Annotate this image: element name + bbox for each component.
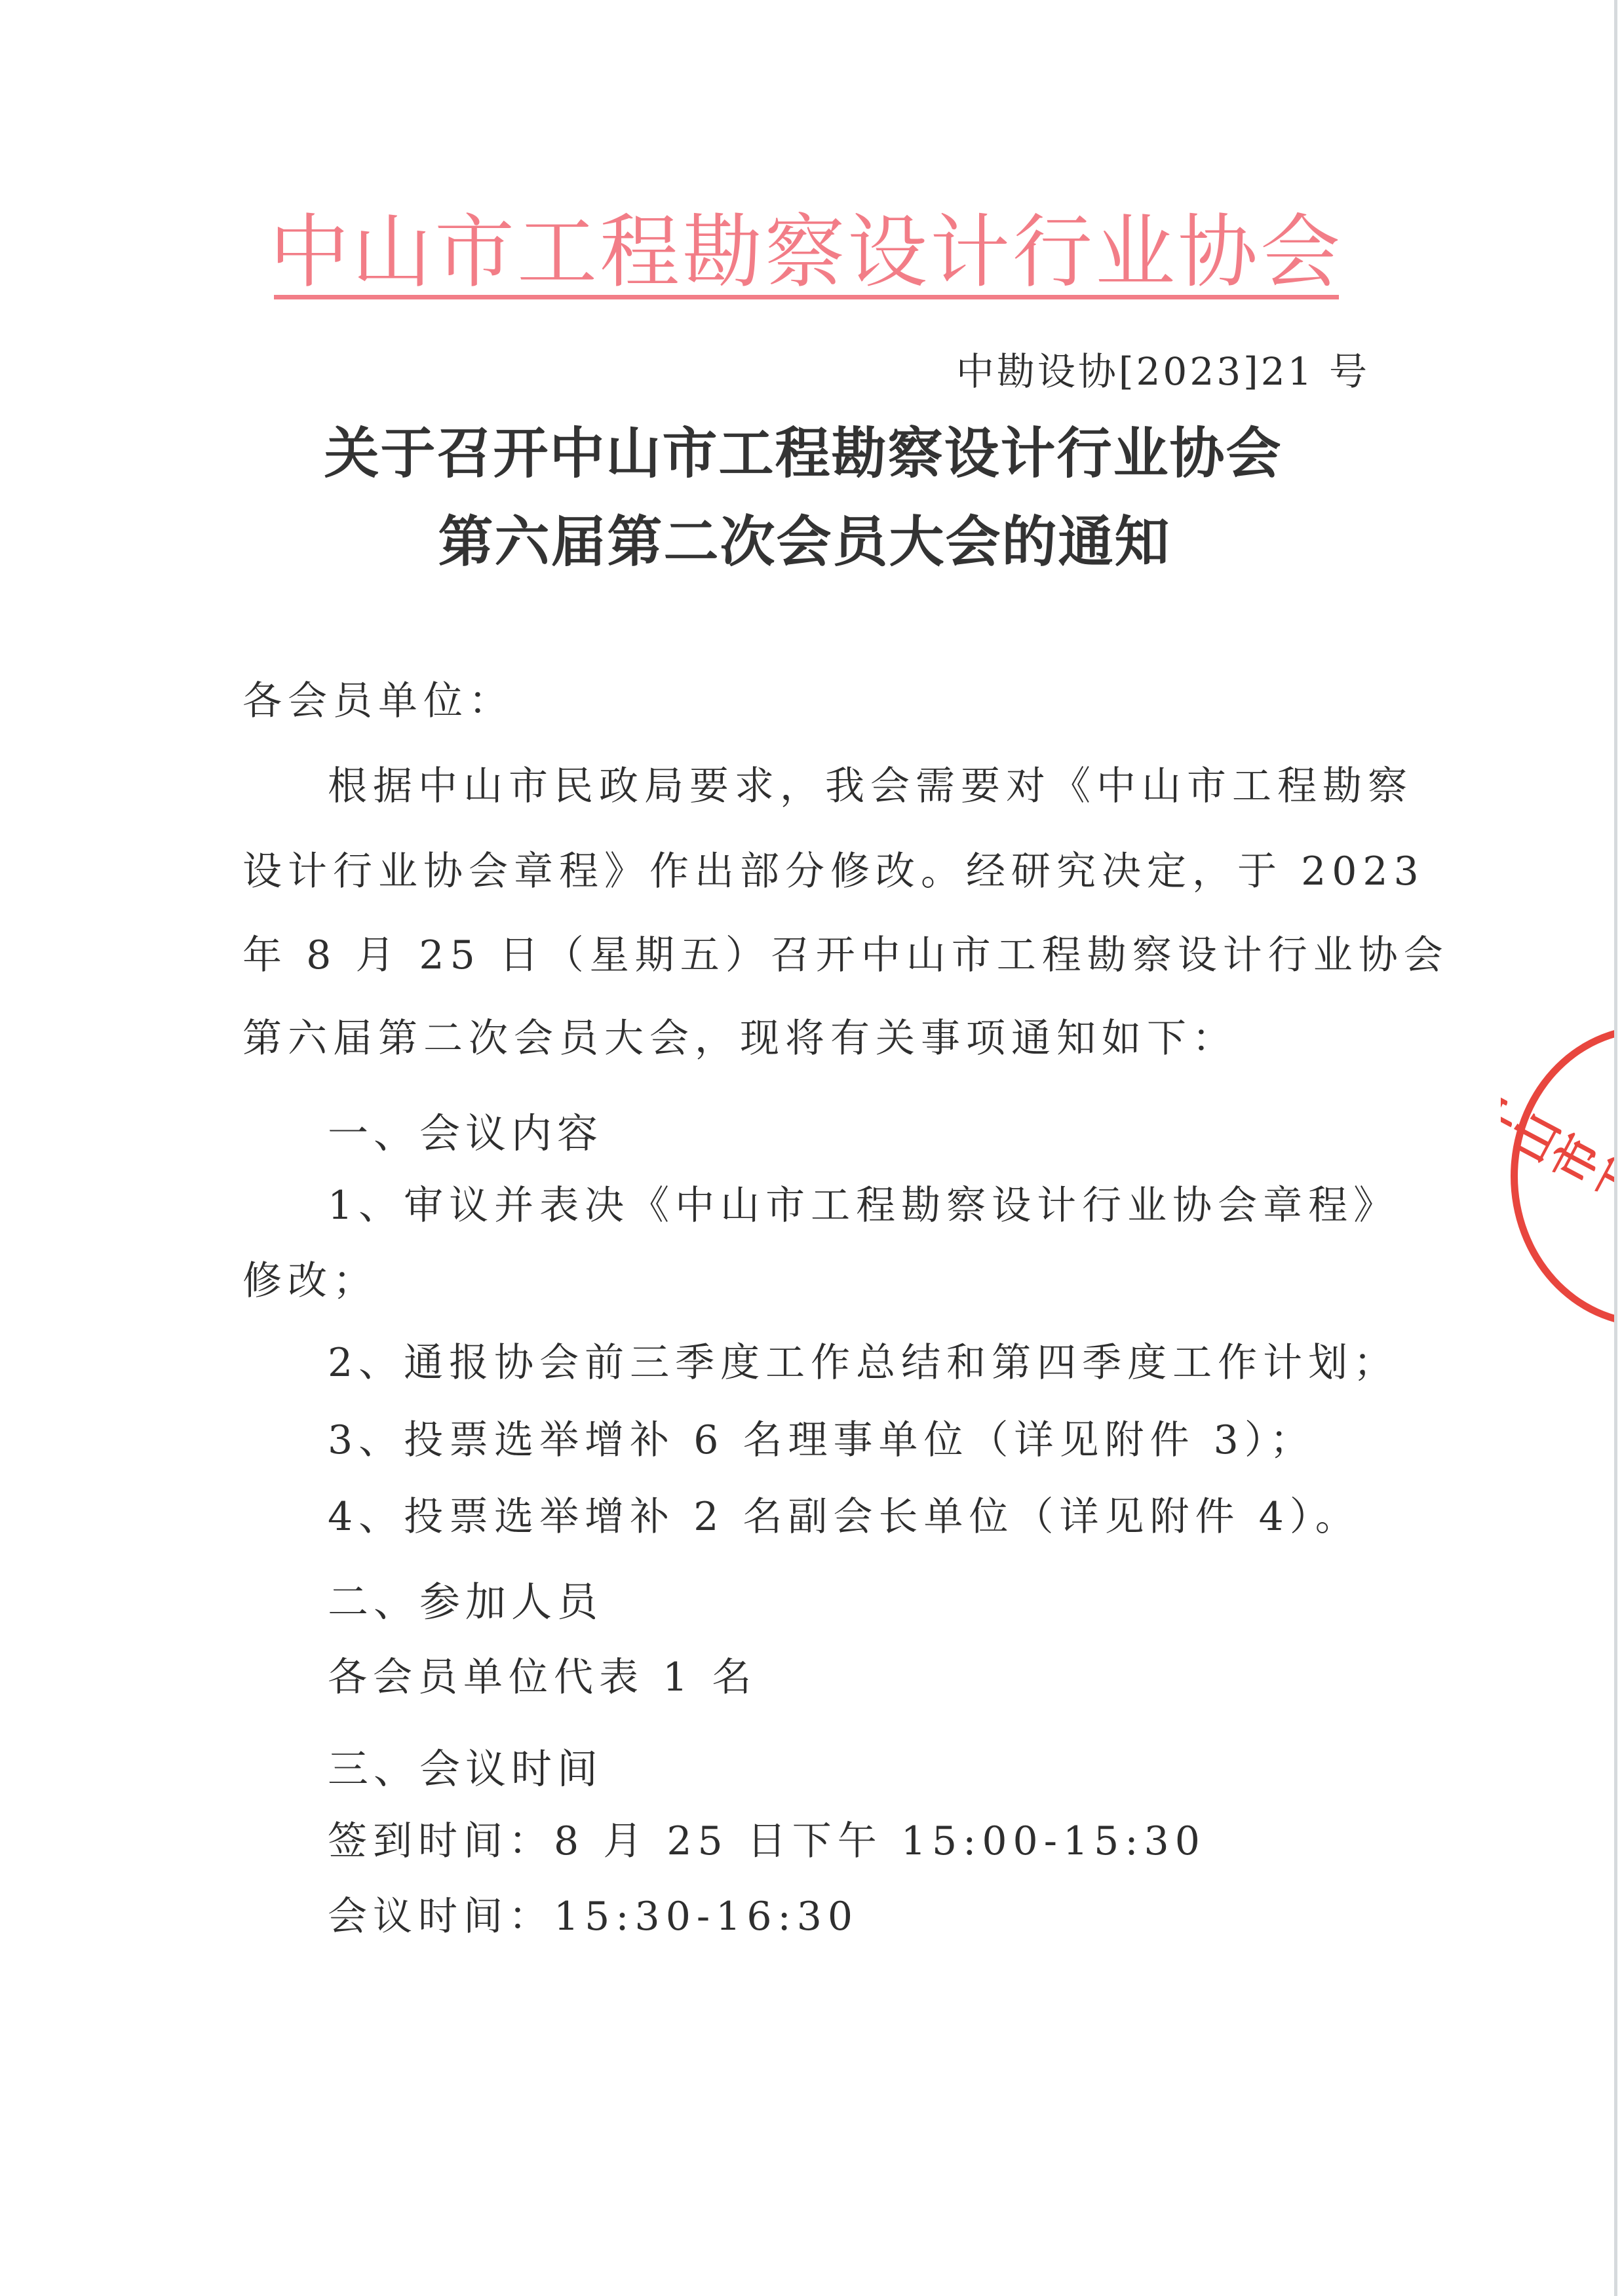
content-item-1: 1、审议并表决《中山市工程勘察设计行业协会章程》 [328,1179,1399,1232]
document-title-line-2: 第六届第二次会员大会的通知 [0,498,1615,577]
intro-line-3: 年 8 月 25 日（星期五）召开中山市工程勘察设计行业协会 [242,929,1449,982]
intro-line-1: 根据中山市民政局要求，我会需要对《中山市工程勘察 [328,760,1413,813]
organization-masthead: 中山市工程勘察设计行业协会 [262,203,1350,301]
intro-line-2: 设计行业协会章程》作出部分修改。经研究决定，于 2023 [242,845,1425,898]
document-title-line-1: 关于召开中山市工程勘察设计行业协会 [0,410,1614,489]
masthead-divider [274,295,1339,299]
content-item-1-cont: 修改； [242,1255,378,1307]
salutation: 各会员单位： [242,675,514,727]
content-item-2: 2、通报协会前三季度工作总结和第四季度工作计划； [328,1337,1399,1389]
attendees-item: 各会员单位代表 1 名 [328,1651,757,1704]
content-item-4: 4、投票选举增补 2 名副会长单位（详见附件 4）。 [328,1491,1361,1543]
document-number: 中勘设协[2023]21 号 [956,341,1370,396]
signin-time: 签到时间：8 月 25 日下午 15:00-15:30 [328,1815,1206,1867]
content-item-3: 3、投票选举增补 6 名理事单位（详见附件 3）； [328,1414,1315,1466]
official-seal: 中山市工程勘 [1501,1009,1614,1350]
meeting-time: 会议时间：15:30-16:30 [328,1890,859,1943]
intro-line-4: 第六届第二次会员大会，现将有关事项通知如下： [242,1012,1237,1065]
section-heading-attendees: 二、参加人员 [328,1569,603,1628]
section-heading-content: 一、会议内容 [328,1101,603,1159]
section-heading-time: 三、会议时间 [328,1736,603,1795]
page-edge [1614,0,1617,2296]
